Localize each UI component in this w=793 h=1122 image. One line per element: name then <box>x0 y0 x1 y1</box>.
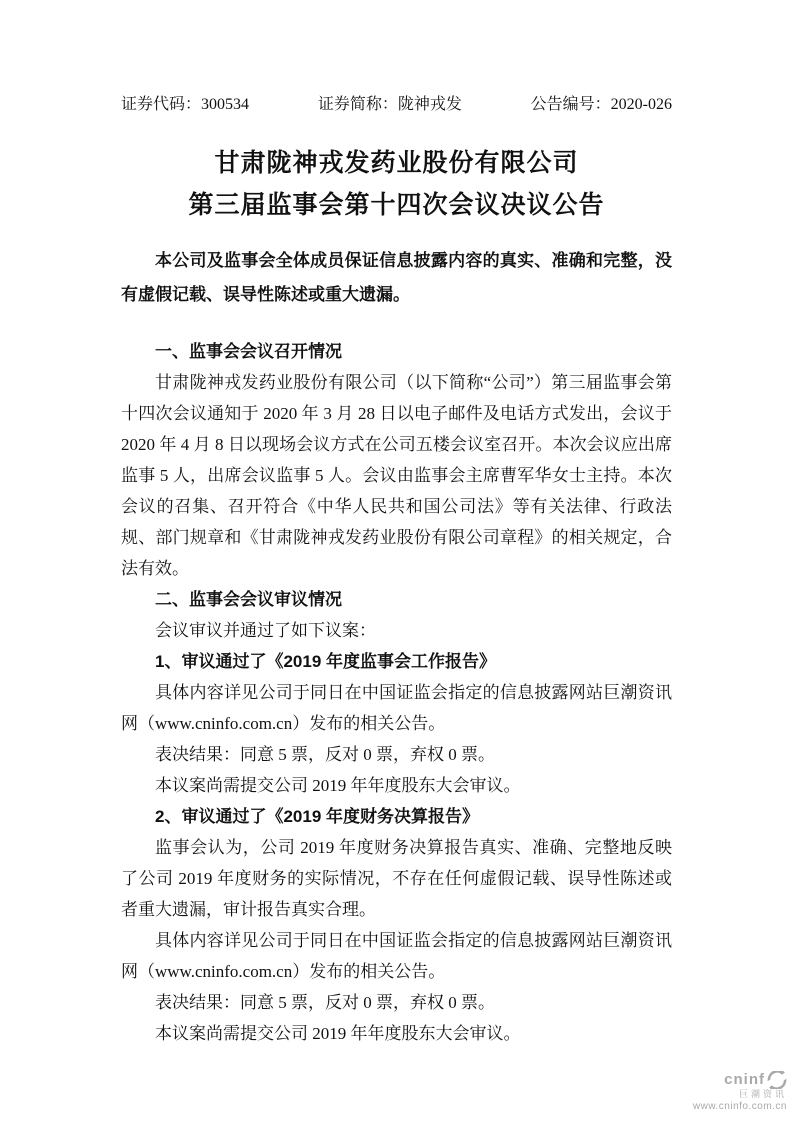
item-1-vote-result: 表决结果：同意 5 票，反对 0 票，弃权 0 票。 <box>121 739 672 770</box>
review-intro-paragraph: 会议审议并通过了如下议案： <box>121 615 672 646</box>
cninfo-swirl-icon <box>767 1071 787 1089</box>
item-1-submission-note: 本议案尚需提交公司 2019 年年度股东大会审议。 <box>121 770 672 801</box>
item-2-vote-result: 表决结果：同意 5 票，反对 0 票，弃权 0 票。 <box>121 987 672 1018</box>
document-page: 证券代码：300534 证券简称：陇神戎发 公告编号：2020-026 甘肃陇神… <box>0 0 793 1122</box>
company-name-title: 甘肃陇神戎发药业股份有限公司 <box>121 142 672 184</box>
disclaimer-paragraph: 本公司及监事会全体成员保证信息披露内容的真实、准确和完整，没有虚假记载、误导性陈… <box>121 244 672 312</box>
cninfo-logo-text: cninf <box>724 1072 765 1089</box>
cninfo-logo-chinese: 巨潮资讯 <box>693 1090 787 1100</box>
meeting-resolution-title: 第三届监事会第十四次会议决议公告 <box>121 184 672 226</box>
item-2-title: 2、审议通过了《2019 年度财务决算报告》 <box>121 801 672 832</box>
cninfo-logo-url: www.cninfo.com.cn <box>693 1101 787 1112</box>
item-2-opinion-paragraph: 监事会认为，公司 2019 年度财务决算报告真实、准确、完整地反映了公司 201… <box>121 832 672 925</box>
stock-code: 证券代码：300534 <box>121 94 249 116</box>
item-2-submission-note: 本议案尚需提交公司 2019 年年度股东大会审议。 <box>121 1018 672 1049</box>
section-1-heading: 一、监事会会议召开情况 <box>121 336 672 367</box>
item-2-detail-paragraph: 具体内容详见公司于同日在中国证监会指定的信息披露网站巨潮资讯网（www.cnin… <box>121 925 672 987</box>
item-1-detail-paragraph: 具体内容详见公司于同日在中国证监会指定的信息披露网站巨潮资讯网（www.cnin… <box>121 677 672 739</box>
document-header: 证券代码：300534 证券简称：陇神戎发 公告编号：2020-026 <box>121 94 672 116</box>
section-2-heading: 二、监事会会议审议情况 <box>121 584 672 615</box>
announcement-number: 公告编号：2020-026 <box>531 94 672 116</box>
page-title: 甘肃陇神戎发药业股份有限公司 第三届监事会第十四次会议决议公告 <box>121 142 672 226</box>
item-1-title: 1、审议通过了《2019 年度监事会工作报告》 <box>121 646 672 677</box>
stock-short-name: 证券简称：陇神戎发 <box>318 94 462 116</box>
cninfo-watermark: cninf 巨潮资讯 www.cninfo.com.cn <box>693 1071 787 1112</box>
meeting-convening-paragraph: 甘肃陇神戎发药业股份有限公司（以下简称“公司”）第三届监事会第十四次会议通知于 … <box>121 367 672 584</box>
